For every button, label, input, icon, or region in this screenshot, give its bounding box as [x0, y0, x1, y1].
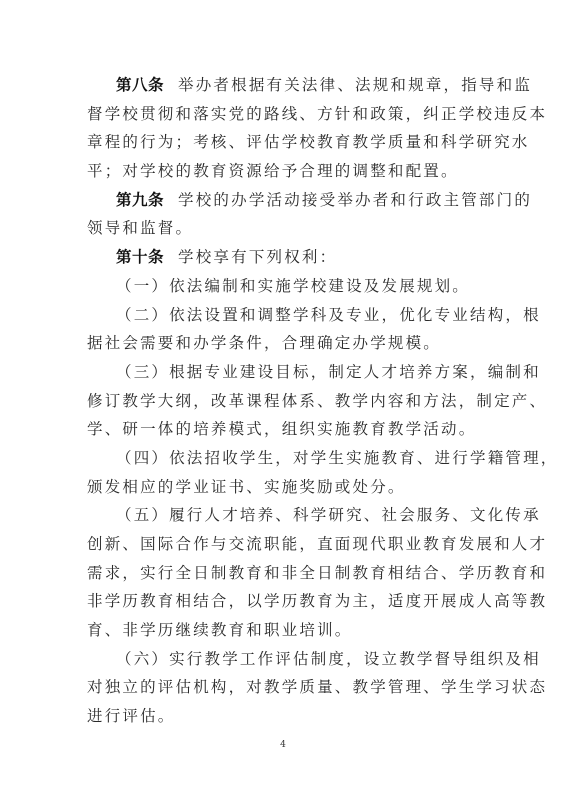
text-line: 创新、国际合作与交流职能，直面现代职业教育发展和人才 [87, 530, 483, 559]
text-line: 育、非学历继续教育和职业培训。 [87, 616, 483, 645]
text-line: （五）履行人才培养、科学研究、社会服务、文化传承 [87, 501, 483, 530]
text-line: 非学历教育相结合，以学历教育为主，适度开展成人高等教 [87, 587, 483, 616]
line-text: 学校的办学活动接受举办者和行政主管部门的 [178, 191, 532, 209]
text-line: 学、研一体的培养模式，组织实施教育教学活动。 [87, 415, 483, 444]
text-line: 第八条举办者根据有关法律、法规和规章，指导和监 [87, 71, 483, 100]
text-line: 颁发相应的学业证书、实施奖励或处分。 [87, 473, 483, 502]
text-line: （四）依法招收学生，对学生实施教育、进行学籍管理， [87, 444, 483, 473]
text-line: 第九条学校的办学活动接受举办者和行政主管部门的 [87, 186, 483, 215]
page-number: 4 [278, 740, 288, 750]
text-line: （一）依法编制和实施学校建设及发展规划。 [87, 272, 483, 301]
text-line: （三）根据专业建设目标，制定人才培养方案，编制和 [87, 358, 483, 387]
text-line: 对独立的评估机构，对教学质量、教学管理、学生学习状态 [87, 673, 483, 702]
text-line: （六）实行教学工作评估制度，设立教学督导组织及相 [87, 645, 483, 674]
text-line: 督学校贯彻和落实党的路线、方针和政策，纠正学校违反本 [87, 100, 483, 129]
line-text: 举办者根据有关法律、法规和规章，指导和监 [178, 76, 532, 94]
article-heading: 第八条 [116, 76, 164, 94]
text-line: 章程的行为；考核、评估学校教育教学质量和科学研究水 [87, 128, 483, 157]
text-line: 领导和监督。 [87, 214, 483, 243]
text-line: 进行评估。 [87, 702, 483, 731]
article-heading: 第九条 [116, 191, 164, 209]
text-line: 修订教学大纲，改革课程体系、教学内容和方法，制定产、 [87, 387, 483, 416]
text-line: 平；对学校的教育资源给予合理的调整和配置。 [87, 157, 483, 186]
text-line: 据社会需要和办学条件，合理确定办学规模。 [87, 329, 483, 358]
article-heading: 第十条 [116, 248, 164, 266]
body-text: 第八条举办者根据有关法律、法规和规章，指导和监 督学校贯彻和落实党的路线、方针和… [87, 71, 483, 731]
line-text: 学校享有下列权利： [178, 248, 337, 266]
text-line: （二）依法设置和调整学科及专业，优化专业结构，根 [87, 301, 483, 330]
text-line: 需求，实行全日制教育和非全日制教育相结合、学历教育和 [87, 559, 483, 588]
text-line: 第十条学校享有下列权利： [87, 243, 483, 272]
document-page: 第八条举办者根据有关法律、法规和规章，指导和监 督学校贯彻和落实党的路线、方针和… [0, 0, 566, 800]
